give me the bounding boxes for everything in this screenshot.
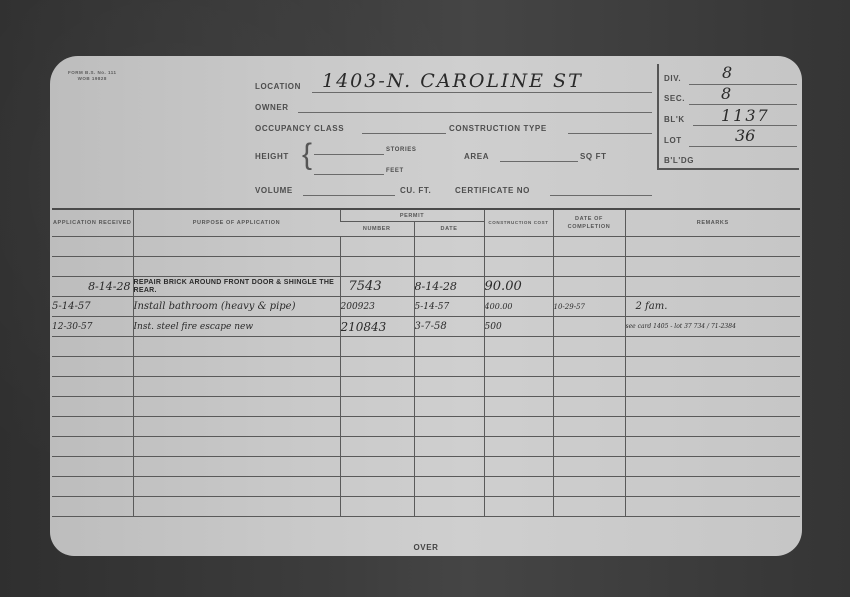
cell-cost [484,397,553,417]
cell-completion [553,497,625,517]
cell-completion [553,437,625,457]
location-value: 1403-N. CAROLINE ST [322,70,583,92]
cell-permit-number [340,417,414,437]
cell-remarks [625,477,800,497]
cell-purpose [133,457,340,477]
cell-permit-date [414,497,484,517]
sec-label: SEC. [664,94,685,103]
cell-cost [484,497,553,517]
header-purpose: PURPOSE OF APPLICATION [133,209,340,237]
header-permit-number: NUMBER [340,222,414,237]
occupancy-class-label: OCCUPANCY CLASS [255,124,344,133]
lot-info-box: DIV. 8 SEC. 8 BL'K 1137 LOT 36 B'L'DG [657,64,799,170]
over-label: OVER [50,543,802,552]
cell-permit-number [340,377,414,397]
volume-label: VOLUME [255,186,293,195]
cell-completion [553,477,625,497]
cell-purpose [133,237,340,257]
owner-line [298,112,652,113]
cell-permit-date [414,437,484,457]
cell-purpose [133,377,340,397]
header-permit: PERMIT [340,209,484,222]
blk-label: BL'K [664,115,685,124]
cell-permit-date: 3-7-58 [414,317,484,337]
cell-received [52,457,133,477]
table-row [52,337,800,357]
table-row [52,497,800,517]
cell-received: 12-30-57 [52,317,133,337]
header-date-of-completion: DATE OF COMPLETION [553,209,625,237]
cell-received [52,497,133,517]
cell-remarks: see card 1405 - lot 37 734 / 71-2384 [625,317,800,337]
cell-permit-number [340,397,414,417]
permit-history-table: APPLICATION RECEIVED PURPOSE OF APPLICAT… [52,208,800,517]
cell-cost [484,457,553,477]
cell-permit-number [340,257,414,277]
height-label: HEIGHT [255,152,289,161]
stories-line [314,154,384,155]
cell-remarks [625,437,800,457]
cell-permit-date: 8-14-28 [414,277,484,297]
cell-remarks [625,497,800,517]
cell-completion [553,277,625,297]
cell-cost: 400.00 [484,297,553,317]
cell-remarks [625,377,800,397]
cell-cost [484,417,553,437]
cell-cost [484,437,553,457]
cell-cost: 500 [484,317,553,337]
header-construction-cost: CONSTRUCTION COST [484,209,553,237]
cell-remarks: 2 fam. [625,297,800,317]
cell-completion: 10-29-57 [553,297,625,317]
owner-label: OWNER [255,103,289,112]
cell-completion [553,397,625,417]
cell-remarks [625,237,800,257]
sec-line [689,104,797,105]
table-row [52,397,800,417]
table-row: 5-14-57 Install bathroom (heavy & pipe) … [52,297,800,317]
table-row [52,477,800,497]
table-row: 12-30-57 Inst. steel fire escape new 210… [52,317,800,337]
feet-label: FEET [386,168,404,174]
cell-received [52,377,133,397]
cell-purpose [133,397,340,417]
cell-completion [553,317,625,337]
table-row: 8-14-28 REPAIR BRICK AROUND FRONT DOOR &… [52,277,800,297]
form-number: FORM B.S. No. 111 WOB 19828 [68,70,117,82]
construction-type-line [568,133,652,134]
area-line [500,161,578,162]
cell-permit-date [414,477,484,497]
cell-permit-number [340,237,414,257]
cell-cost [484,237,553,257]
cell-permit-number [340,437,414,457]
certificate-line [550,195,652,196]
cell-permit-number [340,457,414,477]
div-label: DIV. [664,74,681,83]
cell-cost: 90.00 [484,277,553,297]
table-row [52,417,800,437]
cell-received [52,357,133,377]
sqft-label: SQ FT [580,152,607,161]
location-line [312,92,652,93]
cell-completion [553,257,625,277]
cell-completion [553,457,625,477]
cell-remarks [625,277,800,297]
volume-line [303,195,395,196]
cell-received [52,417,133,437]
blk-value: 1137 [721,106,770,125]
cell-purpose [133,337,340,357]
table-row [52,237,800,257]
cell-purpose: Install bathroom (heavy & pipe) [133,297,340,317]
cuft-label: CU. FT. [400,186,431,195]
occupancy-class-line [362,133,446,134]
div-line [689,84,797,85]
cell-received [52,397,133,417]
cell-permit-date [414,457,484,477]
cell-purpose: REPAIR BRICK AROUND FRONT DOOR & SHINGLE… [133,277,340,297]
cell-cost [484,377,553,397]
cell-purpose [133,437,340,457]
table-row [52,377,800,397]
certificate-label: CERTIFICATE NO [455,186,530,195]
cell-permit-date [414,337,484,357]
cell-permit-number [340,337,414,357]
cell-permit-number: 200923 [340,297,414,317]
cell-remarks [625,397,800,417]
cell-received [52,437,133,457]
cell-completion [553,337,625,357]
form-number-line2: WOB 19828 [68,76,117,82]
cell-permit-date [414,257,484,277]
area-label: AREA [464,152,489,161]
cell-completion [553,357,625,377]
cell-permit-date [414,237,484,257]
cell-received [52,257,133,277]
stories-label: STORIES [386,147,416,153]
sec-value: 8 [721,84,731,103]
table-row [52,257,800,277]
header-permit-date: DATE [414,222,484,237]
header-application-received: APPLICATION RECEIVED [52,209,133,237]
cell-completion [553,377,625,397]
cell-permit-date [414,397,484,417]
feet-line [314,174,384,175]
cell-permit-date [414,417,484,437]
cell-completion [553,237,625,257]
cell-permit-number: 210843 [340,317,414,337]
header-remarks: REMARKS [625,209,800,237]
cell-received: 8-14-28 [52,277,133,297]
lot-value: 36 [735,126,755,145]
cell-permit-number [340,497,414,517]
cell-cost [484,337,553,357]
cell-permit-date: 5-14-57 [414,297,484,317]
cell-remarks [625,417,800,437]
cell-remarks [625,457,800,477]
cell-received [52,477,133,497]
cell-purpose [133,357,340,377]
cell-received [52,337,133,357]
cell-permit-number [340,357,414,377]
lot-label: LOT [664,136,682,145]
cell-permit-number: 7543 [340,277,414,297]
cell-purpose [133,477,340,497]
table-row [52,457,800,477]
table-row [52,357,800,377]
cell-completion [553,417,625,437]
table-header-row: APPLICATION RECEIVED PURPOSE OF APPLICAT… [52,209,800,222]
cell-cost [484,477,553,497]
location-label: LOCATION [255,82,301,91]
cell-permit-date [414,357,484,377]
cell-permit-date [414,377,484,397]
construction-type-label: CONSTRUCTION TYPE [449,124,547,133]
cell-remarks [625,357,800,377]
cell-purpose [133,417,340,437]
cell-purpose: Inst. steel fire escape new [133,317,340,337]
table-row [52,437,800,457]
cell-remarks [625,337,800,357]
cell-purpose [133,497,340,517]
lot-line [689,146,797,147]
permit-index-card: FORM B.S. No. 111 WOB 19828 LOCATION 140… [50,56,802,556]
cell-remarks [625,257,800,277]
div-value: 8 [722,63,732,82]
cell-permit-number [340,477,414,497]
cell-purpose [133,257,340,277]
cell-received: 5-14-57 [52,297,133,317]
brace-icon: { [302,140,312,170]
bldg-label: B'L'DG [664,156,694,165]
cell-cost [484,357,553,377]
cell-cost [484,257,553,277]
cell-received [52,237,133,257]
